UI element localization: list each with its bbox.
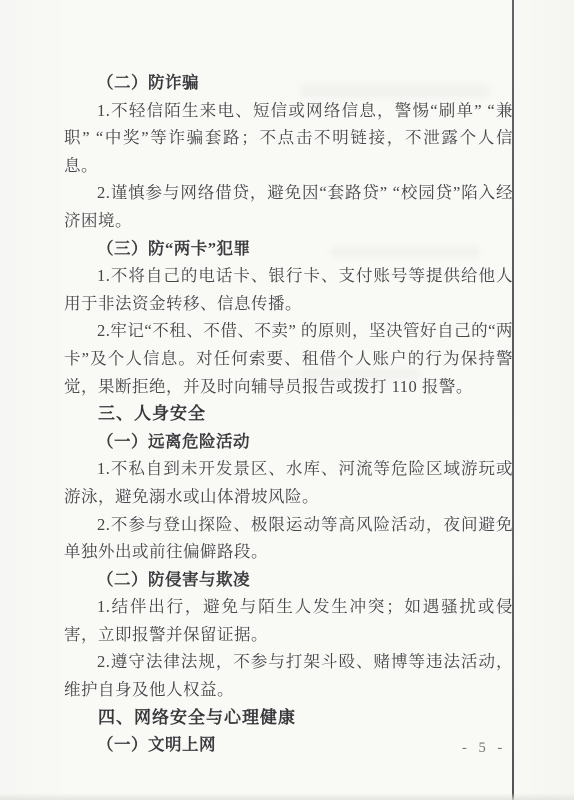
scan-artifact [330, 246, 480, 258]
scan-artifact [300, 84, 490, 98]
scan-artifact [300, 368, 420, 380]
document-content: （二）防诈骗 1.不轻信陌生来电、短信或网络信息，警惕“刷单” “兼职” “中奖… [64, 69, 513, 759]
paragraph: 1.不私自到未开发景区、水库、河流等危险区域游玩或游泳，避免溺水或山体滑坡风险。 [64, 455, 513, 510]
paragraph: 1.结伴出行，避免与陌生人发生冲突；如遇骚扰或侵害，立即报警并保留证据。 [64, 593, 513, 648]
paragraph: 1.不轻信陌生来电、短信或网络信息，警惕“刷单” “兼职” “中奖”等诈骗套路；… [64, 97, 513, 180]
scanned-document-page: （二）防诈骗 1.不轻信陌生来电、短信或网络信息，警惕“刷单” “兼职” “中奖… [0, 0, 574, 800]
section-heading-network-safety-mental-health: 四、网络安全与心理健康 [64, 704, 513, 732]
paragraph: 2.不参与登山探险、极限运动等高风险活动，夜间避免单独外出或前往偏僻路段。 [64, 511, 513, 566]
section-heading-personal-safety: 三、人身安全 [64, 400, 513, 428]
subsection-heading-anti-harassment-bullying: （二）防侵害与欺凌 [64, 566, 513, 594]
paragraph: 1.不将自己的电话卡、银行卡、支付账号等提供给他人用于非法资金转移、信息传播。 [64, 262, 513, 317]
subsection-heading-civilized-internet-use: （一）文明上网 [64, 731, 513, 759]
page-number: - 5 - [462, 740, 506, 757]
page-edge-shadow [0, 793, 574, 800]
scan-fold-line [512, 0, 514, 800]
paragraph: 2.遵守法律法规，不参与打架斗殴、赌博等违法活动，维护自身及他人权益。 [64, 648, 513, 703]
paragraph: 2.牢记“不租、不借、不卖” 的原则，坚决管好自己的“两卡”及个人信息。对任何索… [64, 317, 513, 400]
subsection-heading-avoid-dangerous-activities: （一）远离危险活动 [64, 428, 513, 456]
paragraph: 2.谨慎参与网络借贷，避免因“套路贷” “校园贷”陷入经济困境。 [64, 179, 513, 234]
